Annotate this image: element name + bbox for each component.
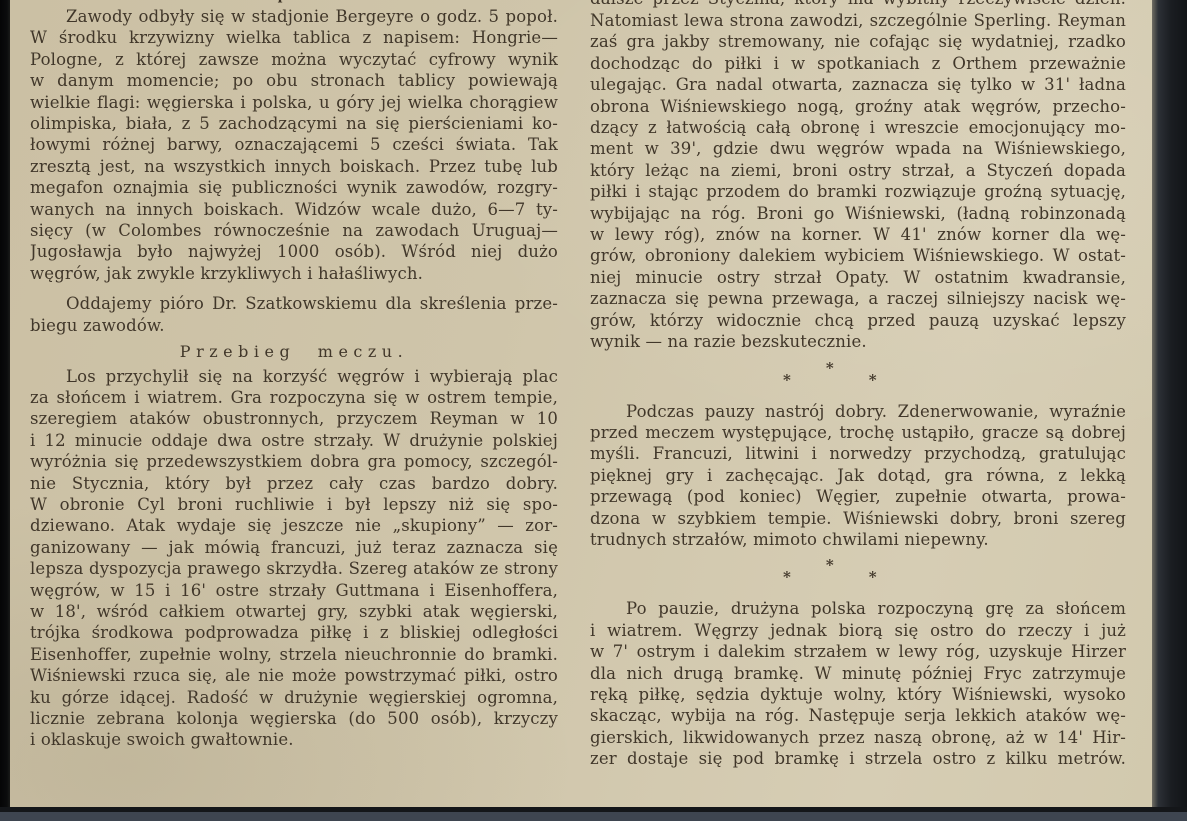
text-line: Zawody odbyły się w stadjonie Bergeyre o… (30, 6, 558, 27)
paragraph-halftime: Podczas pauzy nastrój dobry. Zdenerwowan… (590, 401, 1126, 551)
text-line: wynik — na razie bezskutecznie. (590, 331, 1126, 352)
text-line: megafon oznajmia się publiczności wynik … (30, 177, 558, 198)
asterisk-icon: * (869, 370, 877, 391)
text-line: Podczas pauzy nastrój dobry. Zdenerwowan… (590, 401, 1126, 422)
text-line: Jugosławja było najwyżej 1000 osób). Wśr… (30, 241, 558, 262)
text-line: ręką piłkę, sędzia dyktuje wolny, który … (590, 684, 1126, 705)
text-line: grów, obroniony dalekiem wybiciem Wiśnie… (590, 245, 1126, 266)
clipped-header-text: Telepash (225, 0, 335, 4)
text-line: i 12 minucie oddaje dwa ostre strzały. W… (30, 430, 558, 451)
text-line: Los przychylił się na korzyść węgrów i w… (30, 366, 558, 387)
text-line: wybijając na róg. Broni go Wiśniewski, (… (590, 203, 1126, 224)
text-line: łowymi różnej barwy, oznaczającemi 5 cze… (30, 134, 558, 155)
right-column: dalsze przez Stycznia, który ma wybitny … (590, 0, 1126, 770)
text-line: Po pauzie, drużyna polska rozpoczyną grę… (590, 598, 1126, 619)
asterisk-icon: * (826, 358, 834, 379)
text-line: sięcy (w Colombes równocześnie na zawoda… (30, 220, 558, 241)
text-line: obrona Wiśniewskiego nogą, groźny atak w… (590, 96, 1126, 117)
text-line: olimpiska, biała, z 5 zachodzącymi na si… (30, 113, 558, 134)
clipped-top-line: dalsze przez Stycznia, który ma wybitny … (590, 0, 1126, 9)
text-line: szeregiem ataków obustronnych, przyczem … (30, 408, 558, 429)
text-line: pięknej gry i zachęcając. Jak dotąd, gra… (590, 465, 1126, 486)
text-line: dla nich drugą bramkę. W minutę później … (590, 663, 1126, 684)
asterisk-icon: * (783, 567, 791, 588)
text-line: Wiśniewski rzuca się, ale nie może powst… (30, 665, 558, 686)
text-line: i oklaskuje swoich gwałtownie. (30, 729, 558, 750)
scan-edge-left (0, 0, 10, 821)
text-line: za słońcem i wiatrem. Gra rozpoczyna się… (30, 387, 558, 408)
scan-edge-right (1152, 0, 1187, 807)
scan-edge-bottom-bar (0, 812, 1187, 821)
text-line: skacząc, wybija na róg. Następuje serja … (590, 705, 1126, 726)
text-line: przewagą (pod koniec) Węgier, zupełnie o… (590, 486, 1126, 507)
asterisk-icon: * (783, 370, 791, 391)
text-line: który leżąc na ziemi, broni ostry strzał… (590, 160, 1126, 181)
text-line: trudnych strzałów, mimoto chwilami niepe… (590, 529, 1126, 550)
text-line: ganizowany — jak mówią francuzi, już ter… (30, 537, 558, 558)
text-line: ment w 39', gdzie dwu węgrów wpada na Wi… (590, 138, 1126, 159)
text-line: dzona w szybkiem tempie. Wiśniewski dobr… (590, 508, 1126, 529)
text-line: Pologne, z której zawsze można wyczytać … (30, 49, 558, 70)
text-line: Eisenhoffer, zupełnie wolny, strzela nie… (30, 644, 558, 665)
text-line: w lewy róg), znów na korner. W 41' znów … (590, 224, 1126, 245)
text-line: Natomiast lewa strona zawodzi, szczególn… (590, 10, 1126, 31)
text-line: myśli. Francuzi, litwini i norwedzy przy… (590, 443, 1126, 464)
asterisk-separator-2: * * * (590, 558, 1126, 586)
paragraph-first-half: Los przychylił się na korzyść węgrów i w… (30, 366, 558, 751)
text-line: Oddajemy pióro Dr. Szatkowskiemu dla skr… (30, 293, 558, 314)
asterisk-icon: * (826, 555, 834, 576)
text-line: ulegając. Gra nadal otwarta, zaznacza si… (590, 74, 1126, 95)
text-line: w 7' ostrym i dalekim strzałem w lewy ró… (590, 641, 1126, 662)
paragraph-second-half: Po pauzie, drużyna polska rozpoczyną grę… (590, 598, 1126, 769)
text-line: W obronie Cyl broni ruchliwie i był leps… (30, 494, 558, 515)
text-line: zresztą jest, na wszystkich innych boisk… (30, 156, 558, 177)
newspaper-scan: Telepash Zawody odbyły się w stadjonie B… (0, 0, 1187, 821)
text-line: i wiatrem. Węgrzy jednak biorą się ostro… (590, 620, 1126, 641)
text-line: piłki i stając przodem do bramki rozwiąz… (590, 181, 1126, 202)
text-line: dochodząc do piłki i w spotkaniach z Ort… (590, 53, 1126, 74)
asterisk-icon: * (869, 567, 877, 588)
text-line: w 18', wśród całkiem otwartej gry, szybk… (30, 601, 558, 622)
left-column: Zawody odbyły się w stadjonie Bergeyre o… (30, 6, 558, 751)
text-line: trójka środkowa podprowadza piłkę i z bl… (30, 622, 558, 643)
clipped-header-fragment: Telepash (225, 0, 335, 5)
paragraph-match-setting: Zawody odbyły się w stadjonie Bergeyre o… (30, 6, 558, 284)
paragraph-spacer (30, 284, 558, 293)
text-line: dziewano. Atak wydaje się jeszcze nie „s… (30, 515, 558, 536)
text-line: zer dostaje się pod bramkę i strzela ost… (590, 748, 1126, 769)
section-heading: Przebieg meczu. (30, 341, 558, 362)
text-line: dzący z łatwością całą obronę i wreszcie… (590, 117, 1126, 138)
text-line: licznie zebrana kolonja węgierska (do 50… (30, 708, 558, 729)
text-line: biegu zawodów. (30, 315, 558, 336)
text-line: grów, którzy widocznie chcą przed pauzą … (590, 310, 1126, 331)
paragraph-first-half-cont: Natomiast lewa strona zawodzi, szczególn… (590, 10, 1126, 353)
asterisk-separator-1: * * * (590, 361, 1126, 389)
text-line: węgrów, w 15 i 16' ostre strzały Guttman… (30, 580, 558, 601)
text-line: węgrów, jak zwykle krzykliwych i hałaśli… (30, 263, 558, 284)
text-line: przed meczem występujące, trochę ustąpił… (590, 422, 1126, 443)
text-line: zaznacza się pewna przewaga, a raczej si… (590, 288, 1126, 309)
text-line: ku górze idącej. Radość w drużynie węgie… (30, 687, 558, 708)
text-line: nie Stycznia, który był przez cały czas … (30, 473, 558, 494)
text-line: gierskich, likwidowanych przez naszą obr… (590, 727, 1126, 748)
text-line: niej minucie ostry strzał Opaty. W ostat… (590, 267, 1126, 288)
paragraph-handover: Oddajemy pióro Dr. Szatkowskiemu dla skr… (30, 293, 558, 336)
text-line: wielkie flagi: węgierska i polska, u gór… (30, 92, 558, 113)
text-line: lepsza dyspozycja prawego skrzydła. Szer… (30, 558, 558, 579)
text-line: wyróżnia się przedewszystkiem dobra gra … (30, 451, 558, 472)
text-line: w danym momencie; po obu stronach tablic… (30, 70, 558, 91)
text-line: zaś gra jakby stremowany, nie cofając si… (590, 31, 1126, 52)
text-line: W środku krzywizny wielka tablica z napi… (30, 27, 558, 48)
text-line: wanych na innych boiskach. Widzów wcale … (30, 199, 558, 220)
clipped-top-line-text: dalsze przez Stycznia, który ma wybitny … (590, 0, 1126, 9)
